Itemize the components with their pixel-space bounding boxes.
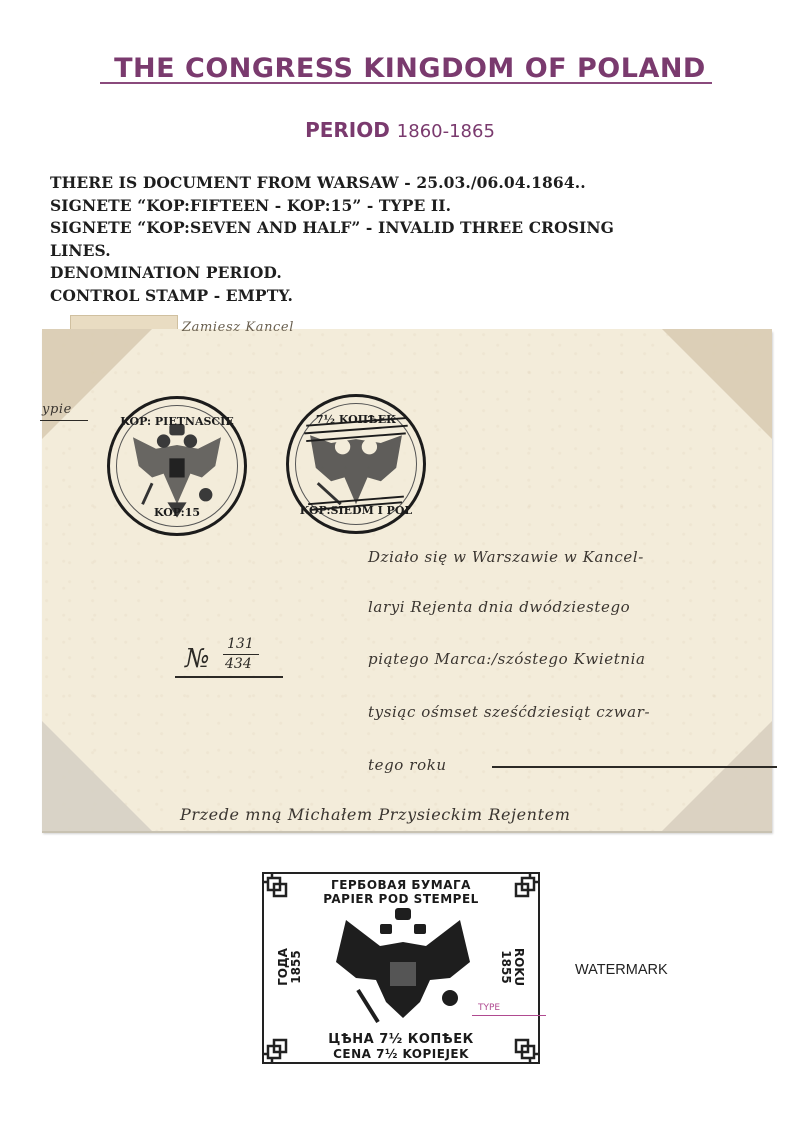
seal-kop-7-half: 7½ KOПѢЕК KOP:SIEDM I POŁ bbox=[286, 394, 426, 534]
seal-bottom-text: KOP:15 bbox=[110, 506, 244, 519]
registry-denominator: 434 bbox=[225, 656, 252, 672]
photo-corner-icon bbox=[662, 721, 772, 831]
handwriting-line: tysiąc ośmset sześćdziesiąt czwar- bbox=[368, 703, 650, 721]
registry-underline bbox=[175, 676, 283, 678]
seal-kop-15: KOP: PIETNASCIE KOP:15 bbox=[107, 396, 247, 536]
seal-top-text: KOP: PIETNASCIE bbox=[110, 415, 244, 428]
seal-top-text: 7½ KOПѢЕК bbox=[289, 413, 423, 426]
numero-symbol: № bbox=[185, 644, 210, 674]
watermark-line-3: ЦѢНА 7½ КОПѢЕК bbox=[264, 1032, 538, 1047]
margin-rule bbox=[40, 420, 88, 421]
signature-rule bbox=[492, 766, 777, 768]
photo-corner-icon bbox=[662, 329, 772, 439]
fraction-line bbox=[223, 654, 259, 655]
note-line: SIGNETE “KOP:FIFTEEN - KOP:15” - TYPE II… bbox=[50, 195, 730, 218]
watermark-line-4: CENA 7½ KOPIEJEK bbox=[264, 1047, 538, 1061]
note-line: THERE IS DOCUMENT FROM WARSAW - 25.03./0… bbox=[50, 172, 730, 195]
registry-numerator: 131 bbox=[227, 636, 254, 652]
period-years: 1860-1865 bbox=[397, 121, 495, 142]
note-line: SIGNETE “KOP:SEVEN AND HALF” - INVALID T… bbox=[50, 217, 730, 240]
type-underline bbox=[472, 1015, 546, 1016]
watermark-left-text: ГОДА 1855 bbox=[277, 937, 303, 997]
watermark-line-2: PAPIER POD STEMPEL bbox=[264, 892, 538, 906]
watermark-stamp: ГЕРБОВАЯ БУМАГА PAPIER POD STEMPEL ГОДА … bbox=[262, 872, 540, 1064]
handwriting-line: Działo się w Warszawie w Kancel- bbox=[368, 548, 644, 566]
watermark-label: WATERMARK bbox=[575, 962, 668, 978]
bottom-script: Przede mną Michałem Przysieckim Rejentem bbox=[180, 805, 570, 824]
description-notes: THERE IS DOCUMENT FROM WARSAW - 25.03./0… bbox=[50, 172, 730, 307]
photo-corner-icon bbox=[42, 721, 152, 831]
title-underline bbox=[100, 82, 712, 84]
watermark-eagle-icon bbox=[328, 906, 478, 1031]
handwriting-line: laryi Rejenta dnia dwódziestego bbox=[368, 598, 630, 616]
note-line: DENOMINATION PERIOD. bbox=[50, 262, 730, 285]
note-line: CONTROL STAMP - EMPTY. bbox=[50, 285, 730, 308]
watermark-right-text: ROKU 1855 bbox=[499, 937, 525, 997]
left-margin-script: ypie bbox=[42, 402, 72, 417]
seal-bottom-text: KOP:SIEDM I POŁ bbox=[289, 504, 423, 517]
period-label: PERIOD bbox=[305, 118, 390, 142]
handwriting-line: piątego Marca:/szóstego Kwietnia bbox=[368, 650, 646, 668]
watermark-line-1: ГЕРБОВАЯ БУМАГА bbox=[264, 878, 538, 892]
type-label: TYPE bbox=[478, 1003, 500, 1013]
top-script: Zamiesz Kancel bbox=[182, 320, 294, 335]
note-line: LINES. bbox=[50, 240, 730, 263]
handwriting-line: tego roku bbox=[368, 756, 447, 774]
page-title: THE CONGRESS KINGDOM OF POLAND bbox=[100, 52, 720, 86]
period-heading: PERIOD 1860-1865 bbox=[0, 118, 800, 142]
